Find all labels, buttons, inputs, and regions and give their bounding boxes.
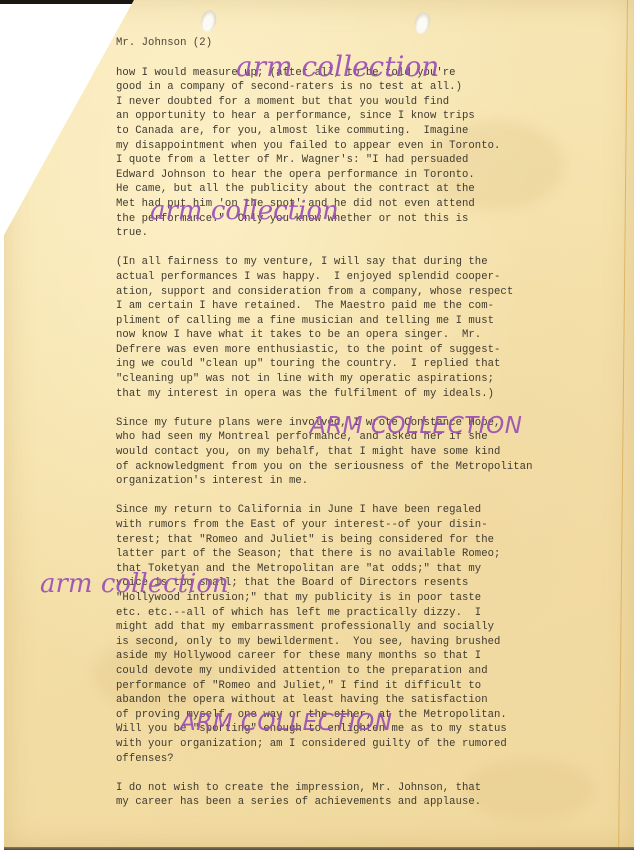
text-line: with your organization; am I considered … (116, 737, 616, 752)
text-line: of acknowledgment from you on the seriou… (116, 460, 616, 475)
text-line: is second, only to my bewilderment. You … (116, 635, 616, 650)
text-line: could devote my undivided attention to t… (116, 664, 616, 679)
text-line: "cleaning up" was not in line with my op… (116, 372, 616, 387)
text-line: Will you be "sporting" enough to enlight… (116, 722, 616, 737)
text-line: I never doubted for a moment but that yo… (116, 95, 616, 110)
text-line: (In all fairness to my venture, I will s… (116, 255, 616, 270)
text-line: ation, support and consideration from a … (116, 285, 616, 300)
paper-bottom-edge (4, 847, 634, 850)
text-line: He came, but all the publicity about the… (116, 182, 616, 197)
text-line: my career has been a series of achieveme… (116, 795, 616, 810)
paragraph: Since my future plans were involved, I w… (116, 416, 616, 489)
text-line: my disappointment when you failed to app… (116, 139, 616, 154)
text-line: an opportunity to hear a performance, si… (116, 109, 616, 124)
paragraph: how I would measure up; (after all, to b… (116, 66, 616, 241)
paragraph: Since my return to California in June I … (116, 503, 616, 766)
text-line: Met had put him 'on the spot' and he did… (116, 197, 616, 212)
text-line: now know I have what it takes to be an o… (116, 328, 616, 343)
text-line: true. (116, 226, 616, 241)
text-line: to Canada are, for you, almost like comm… (116, 124, 616, 139)
text-line: who had seen my Montreal performance, an… (116, 430, 616, 445)
letter-body: how I would measure up; (after all, to b… (116, 66, 616, 810)
text-line: with rumors from the East of your intere… (116, 518, 616, 533)
text-line: Edward Johnson to hear the opera perform… (116, 168, 616, 183)
text-line: might add that my embarrassment professi… (116, 620, 616, 635)
text-line: etc. etc.--all of which has left me prac… (116, 606, 616, 621)
text-line: organization's interest in me. (116, 474, 616, 489)
text-line: terest; that "Romeo and Juliet" is being… (116, 533, 616, 548)
text-line: that Toketyan and the Metropolitan are "… (116, 562, 616, 577)
text-line: offenses? (116, 752, 616, 767)
text-line: would contact you, on my behalf, that I … (116, 445, 616, 460)
text-line: latter part of the Season; that there is… (116, 547, 616, 562)
text-line: voice is too small; that the Board of Di… (116, 576, 616, 591)
text-line: Defrere was even more enthusiastic, to t… (116, 343, 616, 358)
text-line: of proving myself, one way or the other,… (116, 708, 616, 723)
text-line: that my interest in opera was the fulfil… (116, 387, 616, 402)
text-line: Since my future plans were involved, I w… (116, 416, 616, 431)
typewritten-letter: Mr. Johnson (2) how I would measure up; … (116, 36, 616, 824)
text-line: the performance." Only you know whether … (116, 212, 616, 227)
text-line: abandon the opera without at least havin… (116, 693, 616, 708)
text-line: aside my Hollywood career for these many… (116, 649, 616, 664)
text-line: I am certain I have retained. The Maestr… (116, 299, 616, 314)
paragraph: I do not wish to create the impression, … (116, 781, 616, 810)
text-line: how I would measure up; (after all, to b… (116, 66, 616, 81)
text-line: performance of "Romeo and Juliet," I fin… (116, 679, 616, 694)
page-header: Mr. Johnson (2) (116, 36, 616, 51)
text-line: actual performances I was happy. I enjoy… (116, 270, 616, 285)
text-line: pliment of calling me a fine musician an… (116, 314, 616, 329)
text-line: I do not wish to create the impression, … (116, 781, 616, 796)
text-line: "Hollywood intrusion;" that my publicity… (116, 591, 616, 606)
paragraph: (In all fairness to my venture, I will s… (116, 255, 616, 401)
text-line: good in a company of second-raters is no… (116, 80, 616, 95)
text-line: I quote from a letter of Mr. Wagner's: "… (116, 153, 616, 168)
text-line: Since my return to California in June I … (116, 503, 616, 518)
text-line: ing we could "clean up" touring the coun… (116, 357, 616, 372)
